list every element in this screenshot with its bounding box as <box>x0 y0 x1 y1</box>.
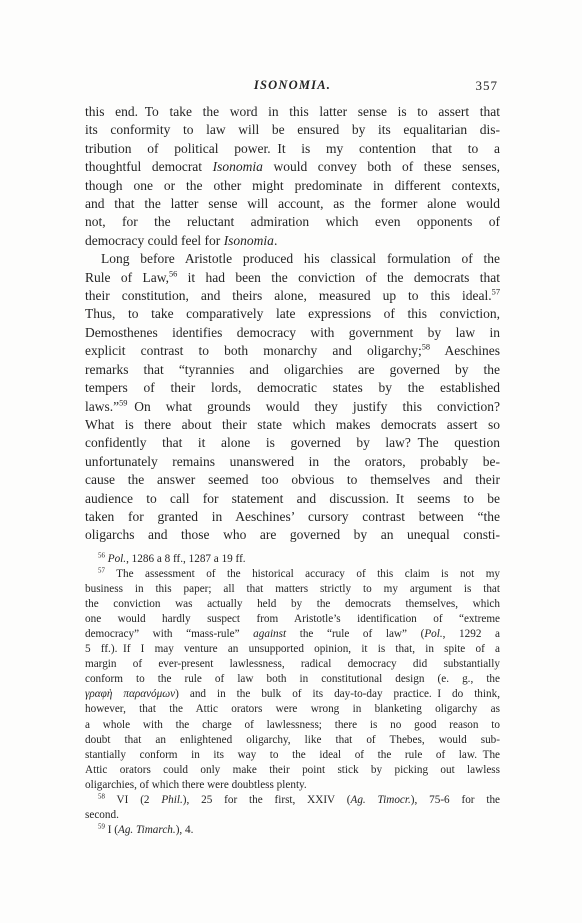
text-run: this end. To take the word in this latte… <box>85 104 500 119</box>
page-number: 357 <box>476 78 499 94</box>
text-run: Attic orators could only make their poin… <box>85 764 500 776</box>
body-line: What is there about their state which ma… <box>85 416 500 434</box>
text-run: though one or the other might predominat… <box>85 178 500 193</box>
italic-text: Ag. Timarch. <box>118 824 176 836</box>
text-run: the “rule of law” ( <box>286 628 424 640</box>
text-run: remarks that “tyrannies and oligarchies … <box>85 362 500 377</box>
body-line: tribution of political power. It is my c… <box>85 140 500 158</box>
footnote-ref: 59 <box>98 822 105 830</box>
text-run: oligarchs and those who are governed by … <box>85 527 500 542</box>
body-line: though one or the other might predominat… <box>85 177 500 195</box>
body-line: confidently that it alone is governed by… <box>85 434 500 452</box>
italic-text: Isonomia <box>224 233 274 248</box>
footnote-line: business in this paper; all that matters… <box>85 582 500 597</box>
text-run: The assessment of the historical accurac… <box>105 568 500 580</box>
text-run: audience to call for statement and discu… <box>85 491 500 506</box>
body-line: thoughtful democrat Isonomia would conve… <box>85 158 500 176</box>
text-run: second. <box>85 809 119 821</box>
footnote-line: stantially conform in its way to the ide… <box>85 748 500 763</box>
running-header: ISONOMIA. 357 <box>85 78 500 94</box>
footnote-line: however, that the Attic orators were wro… <box>85 702 500 717</box>
scanned-page: ISONOMIA. 357 this end. To take the word… <box>0 0 582 923</box>
italic-text: Isonomia <box>213 159 263 174</box>
text-run: ), 25 for the first, XXIV ( <box>183 794 351 806</box>
text-run: democracy could feel for <box>85 233 224 248</box>
text-run: thoughtful democrat <box>85 159 213 174</box>
footnote-line: 59 I (Ag. Timarch.), 4. <box>85 823 500 838</box>
text-run: cause the answer seemed too obvious to t… <box>85 472 500 487</box>
footnote-line: 5 ff.). If I may venture an unsupported … <box>85 642 500 657</box>
text-run: would convey both of these senses, <box>263 159 500 174</box>
body-text: this end. To take the word in this latte… <box>85 103 500 545</box>
body-line: tempers of their lords, democratic state… <box>85 379 500 397</box>
text-run: VI (2 <box>105 794 161 806</box>
text-run: its conformity to law will be ensured by… <box>85 122 500 137</box>
body-line: Demosthenes identifies democracy with go… <box>85 324 500 342</box>
body-line: democracy could feel for Isonomia. <box>85 232 500 250</box>
body-line: and that the latter sense will account, … <box>85 195 500 213</box>
text-run: tribution of political power. It is my c… <box>85 141 500 156</box>
text-run: one would hardly suspect from Aristotle’… <box>85 613 500 625</box>
italic-text: Ag. Timocr. <box>350 794 410 806</box>
italic-text: Pol. <box>108 553 126 565</box>
footnote-line: oligarchies, of which there were doubtle… <box>85 778 500 793</box>
footnote-ref: 58 <box>422 343 430 352</box>
body-line: not, for the reluctant admiration which … <box>85 213 500 231</box>
text-run: doubt that an enlightened oligarchy, lik… <box>85 734 500 746</box>
text-run: not, for the reluctant admiration which … <box>85 214 500 229</box>
text-run: confidently that it alone is governed by… <box>85 435 500 450</box>
body-line: oligarchs and those who are governed by … <box>85 526 500 544</box>
text-run: it had been the conviction of the democr… <box>177 270 500 285</box>
text-run: and that the latter sense will account, … <box>85 196 500 211</box>
text-run: Aeschines <box>430 343 500 358</box>
footnote-ref: 57 <box>98 566 105 574</box>
text-run: What is there about their state which ma… <box>85 417 500 432</box>
footnote-ref: 56 <box>98 551 105 559</box>
text-run: Demosthenes identifies democracy with go… <box>85 325 500 340</box>
footnote-line: doubt that an enlightened oligarchy, lik… <box>85 733 500 748</box>
text-run: On what grounds would they justify this … <box>127 399 500 414</box>
italic-text: Phil. <box>161 794 182 806</box>
footnote-ref: 58 <box>98 792 105 800</box>
text-run: . <box>274 233 277 248</box>
text-run: Long before Aristotle produced his class… <box>101 251 500 266</box>
text-run: Rule of Law, <box>85 270 169 285</box>
italic-text: Pol. <box>424 628 442 640</box>
text-run: a whole with the charge of lawlessness; … <box>85 719 500 731</box>
body-line: explicit contrast to both monarchy and o… <box>85 342 500 360</box>
text-run: I ( <box>105 824 118 836</box>
footnote-line: democracy” with “mass-rule” against the … <box>85 627 500 642</box>
text-run: conform to the rule of law both in const… <box>85 673 500 685</box>
text-run: their constitution, and theirs alone, me… <box>85 288 492 303</box>
text-run: margin of ever-present lawlessness, radi… <box>85 658 500 670</box>
text-run: tempers of their lords, democratic state… <box>85 380 500 395</box>
footnote-line: second. <box>85 808 500 823</box>
body-line: Rule of Law,56 it had been the convictio… <box>85 269 500 287</box>
text-run: the conviction was actually held by the … <box>85 598 500 610</box>
footnote-line: 57 The assessment of the historical accu… <box>85 567 500 582</box>
text-run: taken for granted in Aeschines’ cursory … <box>85 509 500 524</box>
footnote-line: margin of ever-present lawlessness, radi… <box>85 657 500 672</box>
text-run: ), 75-6 for the <box>411 794 500 806</box>
body-line: laws.”59 On what grounds would they just… <box>85 398 500 416</box>
text-run: Thus, to take comparatively late express… <box>85 306 500 321</box>
text-run: laws.” <box>85 399 119 414</box>
footnotes: 56 Pol., 1286 a 8 ff., 1287 a 19 ff.57 T… <box>85 552 500 838</box>
text-run: stantially conform in its way to the ide… <box>85 749 500 761</box>
italic-text: γραφὴ παρανόμων <box>85 688 175 700</box>
footnote-line: Attic orators could only make their poin… <box>85 763 500 778</box>
body-line: Long before Aristotle produced his class… <box>85 250 500 268</box>
text-run: ) and in the bulk of its day-to-day prac… <box>175 688 500 700</box>
footnote-line: conform to the rule of law both in const… <box>85 672 500 687</box>
page-title: ISONOMIA. <box>85 78 500 93</box>
text-run: democracy” with “mass-rule” <box>85 628 253 640</box>
body-line: its conformity to law will be ensured by… <box>85 121 500 139</box>
body-line: this end. To take the word in this latte… <box>85 103 500 121</box>
text-run: , 1286 a 8 ff., 1287 a 19 ff. <box>126 553 246 565</box>
text-run: 5 ff.). If I may venture an unsupported … <box>85 643 500 655</box>
footnote-line: 56 Pol., 1286 a 8 ff., 1287 a 19 ff. <box>85 552 500 567</box>
text-run: explicit contrast to both monarchy and o… <box>85 343 422 358</box>
body-line: taken for granted in Aeschines’ cursory … <box>85 508 500 526</box>
footnote-ref: 57 <box>492 288 500 297</box>
italic-text: against <box>253 628 286 640</box>
footnote-line: one would hardly suspect from Aristotle’… <box>85 612 500 627</box>
body-line: unfortunately remains unanswered in the … <box>85 453 500 471</box>
text-run: , 1292 a <box>443 628 500 640</box>
body-line: audience to call for statement and discu… <box>85 490 500 508</box>
footnote-line: a whole with the charge of lawlessness; … <box>85 718 500 733</box>
body-line: their constitution, and theirs alone, me… <box>85 287 500 305</box>
body-line: remarks that “tyrannies and oligarchies … <box>85 361 500 379</box>
text-run: business in this paper; all that matters… <box>85 583 500 595</box>
text-run: oligarchies, of which there were doubtle… <box>85 779 307 791</box>
text-run: ), 4. <box>176 824 194 836</box>
footnote-line: 58 VI (2 Phil.), 25 for the first, XXIV … <box>85 793 500 808</box>
body-line: Thus, to take comparatively late express… <box>85 305 500 323</box>
text-run: however, that the Attic orators were wro… <box>85 703 500 715</box>
body-line: cause the answer seemed too obvious to t… <box>85 471 500 489</box>
text-run: unfortunately remains unanswered in the … <box>85 454 500 469</box>
footnote-line: γραφὴ παρανόμων) and in the bulk of its … <box>85 687 500 702</box>
footnote-line: the conviction was actually held by the … <box>85 597 500 612</box>
